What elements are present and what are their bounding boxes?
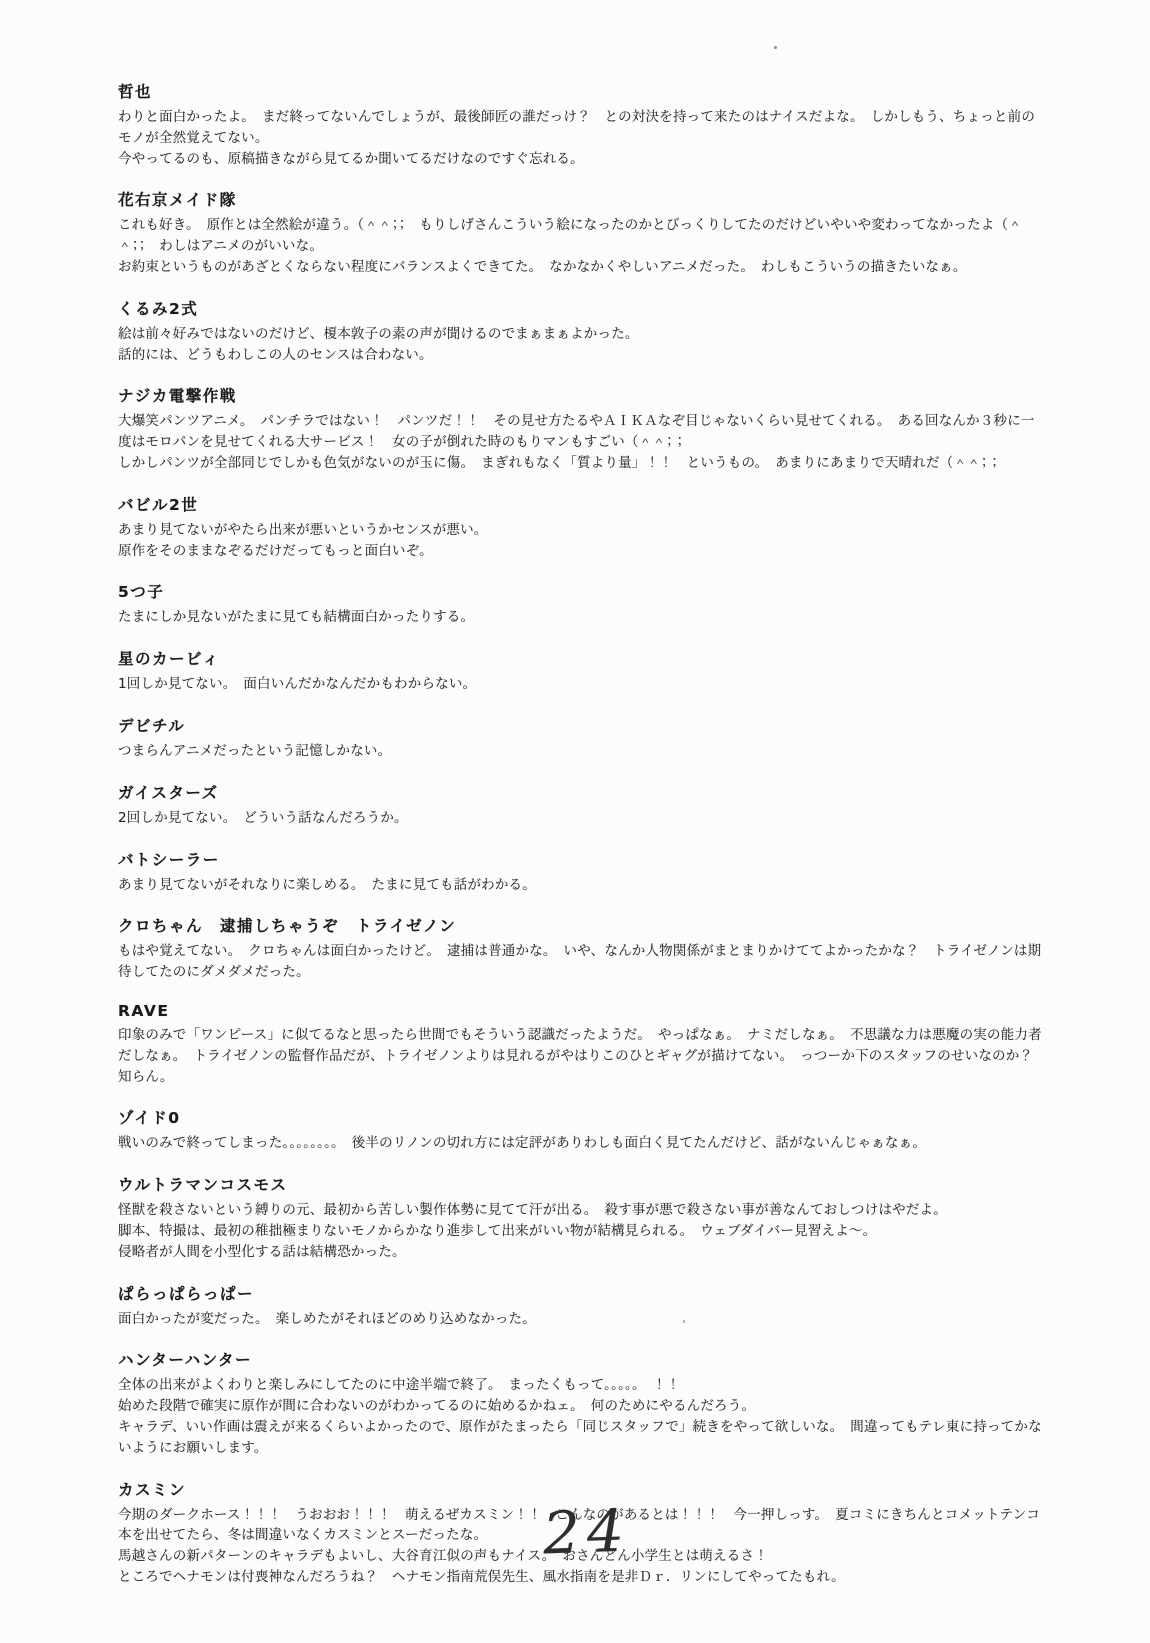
section-paragraph: わりと面白かったよ。 まだ終ってないんでしょうが、最後師匠の誰だっけ？ との対決…	[118, 107, 1042, 149]
section-paragraph: 脚本、特撮は、最初の稚拙極まりないモノからかなり進歩して出来がいい物が結構見られ…	[118, 1221, 1042, 1242]
section-paragraph: ところでヘナモンは付喪神なんだろうね？ ヘナモン指南荒俣先生、風水指南を是非Ｄｒ…	[118, 1567, 1042, 1588]
section-paragraph: これも好き。 原作とは全然絵が違う。（＾＾；； もりしげさんこういう絵になったの…	[118, 215, 1042, 257]
section-paragraph: 話的には、どうもわしこの人のセンスは合わない。	[118, 345, 1042, 366]
review-section: ナジカ電撃作戦 大爆笑パンツアニメ。 パンチラではない！ パンツだ！！ その見せ…	[118, 384, 1042, 473]
review-section: ウルトラマンコスモス 怪獣を殺さないという縛りの元、最初から苦しい製作体勢に見て…	[118, 1173, 1042, 1262]
section-paragraph: つまらんアニメだったという記憶しかない。	[118, 741, 1042, 762]
section-paragraph: 2回しか見てない。 どういう話なんだろうか。	[118, 808, 1042, 829]
review-section: RAVE 印象のみで「ワンピース」に似てるなと思ったら世間でもそういう認識だった…	[118, 1002, 1042, 1087]
section-title: ナジカ電撃作戦	[118, 384, 1042, 406]
section-title: デビチル	[118, 714, 1042, 736]
section-title: ハンターハンター	[118, 1348, 1042, 1370]
section-title: 花右京メイド隊	[118, 188, 1042, 210]
section-title: ぱらっぱらっぱー	[118, 1282, 1042, 1304]
review-section: 星のカービィ 1回しか見てない。 面白いんだかなんだかもわからない。	[118, 647, 1042, 695]
review-section: ハンターハンター 全体の出来がよくわりと楽しみにしてたのに中途半端で終了。 まっ…	[118, 1348, 1042, 1458]
section-paragraph: 戦いのみで終ってしまった。。。。。。。。 後半のリノンの切れ方には定評がありわし…	[118, 1133, 1042, 1154]
section-paragraph: 面白かったが変だった。 楽しめたがそれほどのめり込めなかった。	[118, 1309, 1042, 1330]
section-paragraph: もはや覚えてない。 クロちゃんは面白かったけど。 逮捕は普通かな。 いや、なんか…	[118, 941, 1042, 983]
section-paragraph: 全体の出来がよくわりと楽しみにしてたのに中途半端で終了。 まったくもって。。。。…	[118, 1375, 1042, 1396]
review-section: ゾイド0 戦いのみで終ってしまった。。。。。。。。 後半のリノンの切れ方には定評…	[118, 1106, 1042, 1154]
review-section: バトシーラー あまり見てないがそれなりに楽しめる。 たまに見ても話がわかる。	[118, 848, 1042, 896]
section-title: ゾイド0	[118, 1106, 1042, 1128]
review-section: 花右京メイド隊 これも好き。 原作とは全然絵が違う。（＾＾；； もりしげさんこう…	[118, 188, 1042, 277]
section-paragraph: 侵略者が人間を小型化する話は結構恐かった。	[118, 1242, 1042, 1263]
section-paragraph: 印象のみで「ワンピース」に似てるなと思ったら世間でもそういう認識だったようだ。 …	[118, 1025, 1042, 1087]
review-section: デビチル つまらんアニメだったという記憶しかない。	[118, 714, 1042, 762]
review-section: 哲也 わりと面白かったよ。 まだ終ってないんでしょうが、最後師匠の誰だっけ？ と…	[118, 80, 1042, 169]
section-paragraph: お約束というものがあざとくならない程度にバランスよくできてた。 なかなかくやしい…	[118, 257, 1042, 278]
review-sections-column: 哲也 わりと面白かったよ。 まだ終ってないんでしょうが、最後師匠の誰だっけ？ と…	[118, 80, 1042, 1607]
section-title: カスミン	[118, 1478, 1042, 1500]
section-paragraph: 今やってるのも、原稿描きながら見てるか聞いてるだけなのですぐ忘れる。	[118, 149, 1042, 170]
review-section: くるみ2式 絵は前々好みではないのだけど、榎本敦子の素の声が聞けるのでまぁまぁよ…	[118, 297, 1042, 366]
section-title: バビル2世	[118, 493, 1042, 515]
section-title: 星のカービィ	[118, 647, 1042, 669]
section-title: ガイスターズ	[118, 781, 1042, 803]
scan-speck	[774, 46, 777, 49]
section-paragraph: たまにしか見ないがたまに見ても結構面白かったりする。	[118, 607, 1042, 628]
section-title: ウルトラマンコスモス	[118, 1173, 1042, 1195]
section-title: くるみ2式	[118, 297, 1042, 319]
page-number-handwritten: 24	[542, 1496, 632, 1567]
section-paragraph: 1回しか見てない。 面白いんだかなんだかもわからない。	[118, 674, 1042, 695]
review-section: ぱらっぱらっぱー 面白かったが変だった。 楽しめたがそれほどのめり込めなかった。	[118, 1282, 1042, 1330]
section-paragraph: 絵は前々好みではないのだけど、榎本敦子の素の声が聞けるのでまぁまぁよかった。	[118, 324, 1042, 345]
review-section: 5つ子 たまにしか見ないがたまに見ても結構面白かったりする。	[118, 580, 1042, 628]
section-title: 5つ子	[118, 580, 1042, 602]
section-paragraph: キャラデ、いい作画は震えが来るくらいよかったので、原作がたまったら「同じスタッフ…	[118, 1417, 1042, 1459]
section-title: 哲也	[118, 80, 1042, 102]
section-paragraph: 大爆笑パンツアニメ。 パンチラではない！ パンツだ！！ その見せ方たるやＡＩＫＡ…	[118, 411, 1042, 453]
section-title: クロちゃん 逮捕しちゃうぞ トライゼノン	[118, 914, 1042, 936]
review-section: クロちゃん 逮捕しちゃうぞ トライゼノン もはや覚えてない。 クロちゃんは面白か…	[118, 914, 1042, 983]
review-section: ガイスターズ 2回しか見てない。 どういう話なんだろうか。	[118, 781, 1042, 829]
section-title: バトシーラー	[118, 848, 1042, 870]
section-paragraph: 原作をそのままなぞるだけだってもっと面白いぞ。	[118, 541, 1042, 562]
section-paragraph: 怪獣を殺さないという縛りの元、最初から苦しい製作体勢に見てて汗が出る。 殺す事が…	[118, 1200, 1042, 1221]
section-paragraph: あまり見てないがやたら出来が悪いというかセンスが悪い。	[118, 520, 1042, 541]
section-paragraph: 始めた段階で確実に原作が間に合わないのがわかってるのに始めるかねェ。 何のために…	[118, 1396, 1042, 1417]
section-paragraph: しかしパンツが全部同じでしかも色気がないのが玉に傷。 まぎれもなく「質より量」！…	[118, 453, 1042, 474]
section-paragraph: あまり見てないがそれなりに楽しめる。 たまに見ても話がわかる。	[118, 875, 1042, 896]
review-section: バビル2世 あまり見てないがやたら出来が悪いというかセンスが悪い。原作をそのまま…	[118, 493, 1042, 562]
section-title: RAVE	[118, 1002, 1042, 1020]
scanned-review-page: 哲也 わりと面白かったよ。 まだ終ってないんでしょうが、最後師匠の誰だっけ？ と…	[0, 0, 1150, 1643]
